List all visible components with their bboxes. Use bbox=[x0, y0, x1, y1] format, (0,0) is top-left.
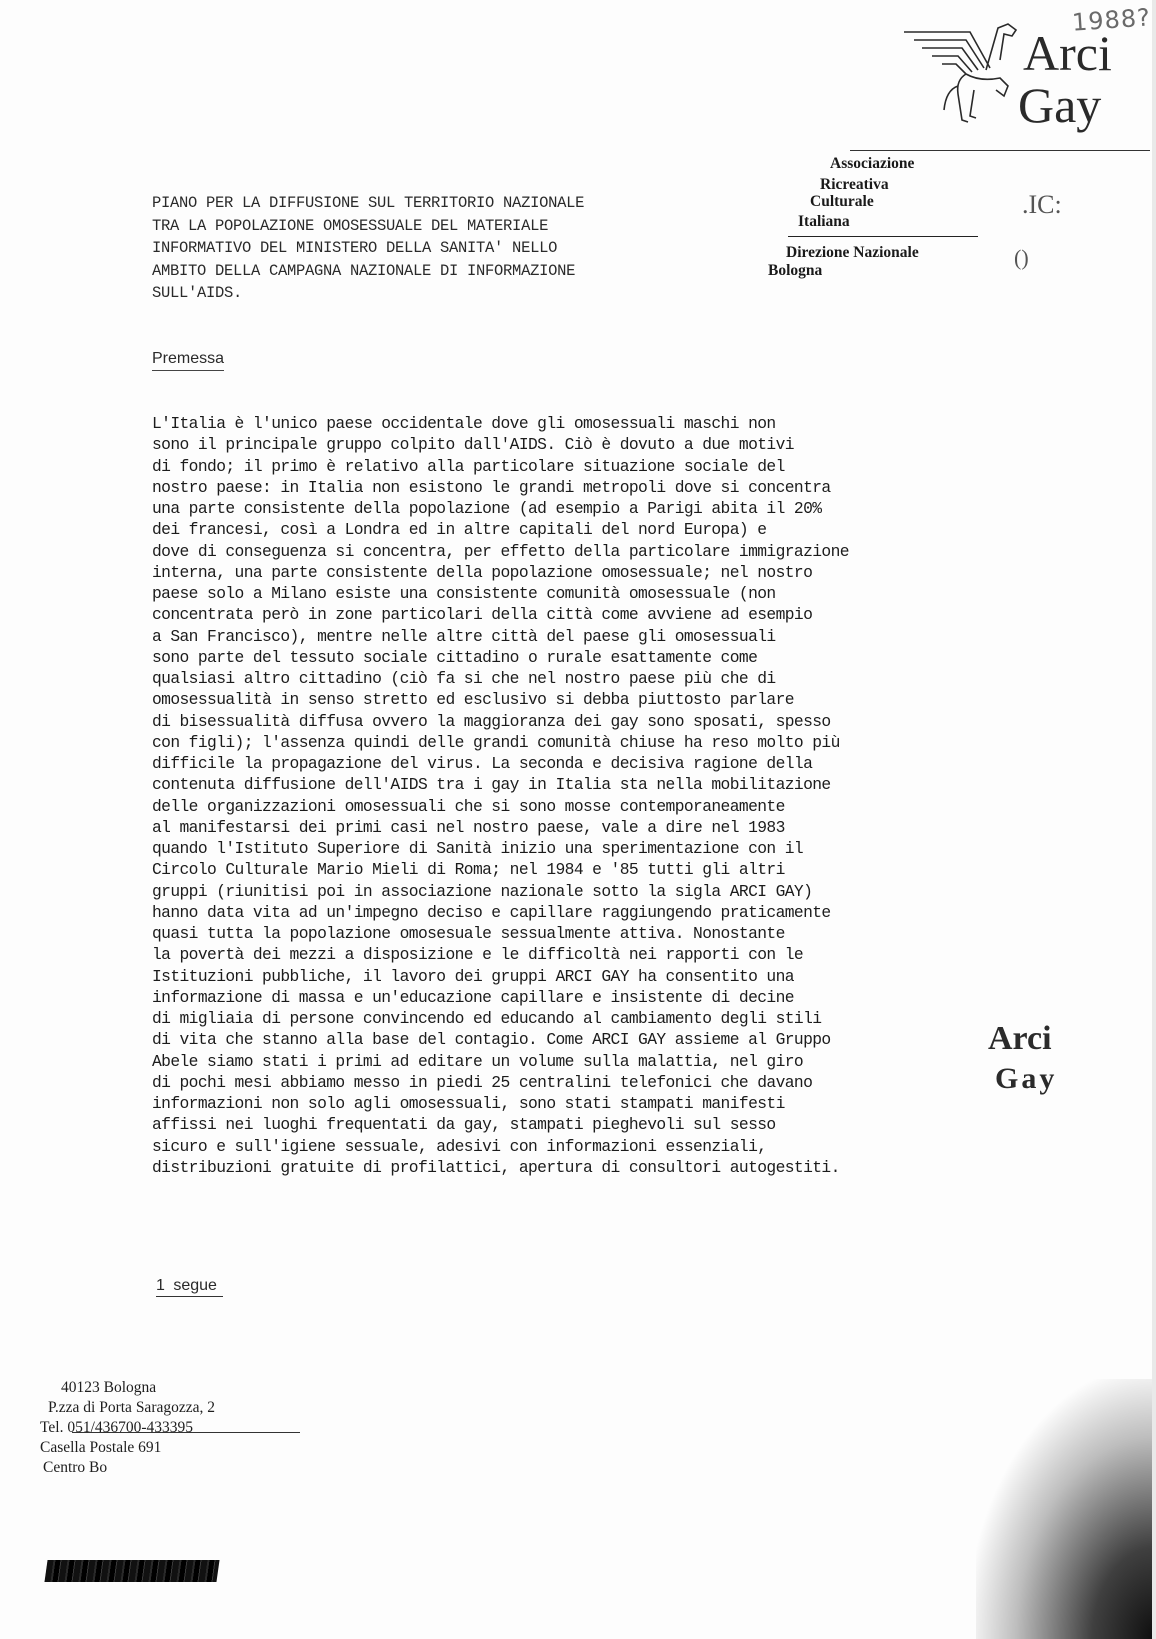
body-line: paese solo a Milano esiste una consisten… bbox=[152, 583, 1032, 604]
body-line: distribuzioni gratuite di profilattici, … bbox=[152, 1157, 1032, 1178]
logo-word-arci: Arci bbox=[1023, 28, 1112, 78]
body-line: interna, una parte consistente della pop… bbox=[152, 562, 1032, 583]
document-title: PIANO PER LA DIFFUSIONE SUL TERRITORIO N… bbox=[152, 192, 752, 305]
body-line: di migliaia di persone convincendo ed ed… bbox=[152, 1008, 1032, 1029]
scan-edge bbox=[1152, 0, 1156, 1639]
footer-line: Tel. 051/436700-433395 bbox=[40, 1418, 215, 1438]
body-line: Abele siamo stati i primi ad editare un … bbox=[152, 1051, 1032, 1072]
body-line: al manifestarsi dei primi casi nel nostr… bbox=[152, 817, 1032, 838]
letterhead-rule-divider bbox=[788, 236, 978, 237]
body-line: Istituzioni pubbliche, il lavoro dei gru… bbox=[152, 966, 1032, 987]
body-line: di bisessualità diffusa ovvero la maggio… bbox=[152, 711, 1032, 732]
letterhead-rule-top bbox=[850, 150, 1150, 151]
body-line: dove di conseguenza si concentra, per ef… bbox=[152, 541, 1032, 562]
scan-shadow bbox=[976, 1379, 1156, 1639]
footer-line: Casella Postale 691 bbox=[40, 1438, 215, 1458]
title-line: TRA LA POPOLAZIONE OMOSESSUALE DEL MATER… bbox=[152, 215, 752, 238]
body-line: Circolo Culturale Mario Mieli di Roma; n… bbox=[152, 859, 1032, 880]
footer-line: P.zza di Porta Saragozza, 2 bbox=[40, 1398, 215, 1418]
document-page: 1988? Arci Gay Associazio bbox=[0, 0, 1156, 1639]
body-line: contenuta diffusione dell'AIDS tra i gay… bbox=[152, 774, 1032, 795]
body-line: delle organizzazioni omosessuali che si … bbox=[152, 796, 1032, 817]
letterhead-city: Bologna bbox=[768, 261, 822, 281]
footer-line: Centro Bo bbox=[40, 1458, 215, 1478]
footer-address: 40123 Bologna P.zza di Porta Saragozza, … bbox=[40, 1378, 215, 1478]
body-line: sono il principale gruppo colpito dall'A… bbox=[152, 434, 1032, 455]
body-line: gruppi (riunitisi poi in associazione na… bbox=[152, 881, 1032, 902]
footer-line: 40123 Bologna bbox=[40, 1378, 215, 1398]
body-line: qualsiasi altro cittadino (ciò fa si che… bbox=[152, 668, 1032, 689]
redaction-bar bbox=[44, 1560, 219, 1582]
body-line: di fondo; il primo è relativo alla parti… bbox=[152, 456, 1032, 477]
body-line: quando l'Istituto Superiore di Sanità in… bbox=[152, 838, 1032, 859]
title-line: SULL'AIDS. bbox=[152, 282, 752, 305]
title-line: AMBITO DELLA CAMPAGNA NAZIONALE DI INFOR… bbox=[152, 260, 752, 283]
body-line: difficile la propagazione del virus. La … bbox=[152, 753, 1032, 774]
section-heading: Premessa bbox=[152, 349, 224, 371]
stamp-fragment: .IC: bbox=[1022, 190, 1062, 220]
body-line: sono parte del tessuto sociale cittadino… bbox=[152, 647, 1032, 668]
pegasus-icon bbox=[900, 20, 1020, 130]
body-paragraph: L'Italia è l'unico paese occidentale dov… bbox=[152, 413, 1032, 1178]
arci-gay-logo: Arci Gay bbox=[900, 20, 1120, 140]
body-line: la povertà dei mezzi a disposizione e le… bbox=[152, 944, 1032, 965]
letterhead-line: Culturale bbox=[810, 192, 874, 212]
body-line: a San Francisco), mentre nelle altre cit… bbox=[152, 626, 1032, 647]
body-line: affissi nei luoghi frequentati da gay, s… bbox=[152, 1114, 1032, 1135]
body-line: omosessualità in senso stretto ed esclus… bbox=[152, 689, 1032, 710]
page-continuation-marker: 1 segue bbox=[156, 1276, 223, 1297]
title-line: PIANO PER LA DIFFUSIONE SUL TERRITORIO N… bbox=[152, 192, 752, 215]
body-line: L'Italia è l'unico paese occidentale dov… bbox=[152, 413, 1032, 434]
stamp-fragment: () bbox=[1014, 245, 1029, 271]
body-line: di pochi mesi abbiamo messo in piedi 25 … bbox=[152, 1072, 1032, 1093]
body-line: sicuro e sull'igiene sessuale, adesivi c… bbox=[152, 1136, 1032, 1157]
body-line: con figli); l'assenza quindi delle grand… bbox=[152, 732, 1032, 753]
body-line: concentrata però in zone particolari del… bbox=[152, 604, 1032, 625]
body-line: nostro paese: in Italia non esistono le … bbox=[152, 477, 1032, 498]
body-line: informazioni non solo agli omosessuali, … bbox=[152, 1093, 1032, 1114]
letterhead-line: Associazione bbox=[830, 154, 914, 174]
body-line: hanno data vita ad un'impegno deciso e c… bbox=[152, 902, 1032, 923]
body-line: di vita che stanno alla base del contagi… bbox=[152, 1029, 1032, 1050]
letterhead-office: Direzione Nazionale bbox=[786, 243, 919, 263]
logo-word-gay: Gay bbox=[1018, 80, 1101, 130]
body-line: una parte consistente della popolazione … bbox=[152, 498, 1032, 519]
letterhead-line: Italiana bbox=[798, 212, 850, 232]
title-line: INFORMATIVO DEL MINISTERO DELLA SANITA' … bbox=[152, 237, 752, 260]
body-line: quasi tutta la popolazione omosesuale se… bbox=[152, 923, 1032, 944]
body-line: informazione di massa e un'educazione ca… bbox=[152, 987, 1032, 1008]
body-line: dei francesi, così a Londra ed in altre … bbox=[152, 519, 1032, 540]
